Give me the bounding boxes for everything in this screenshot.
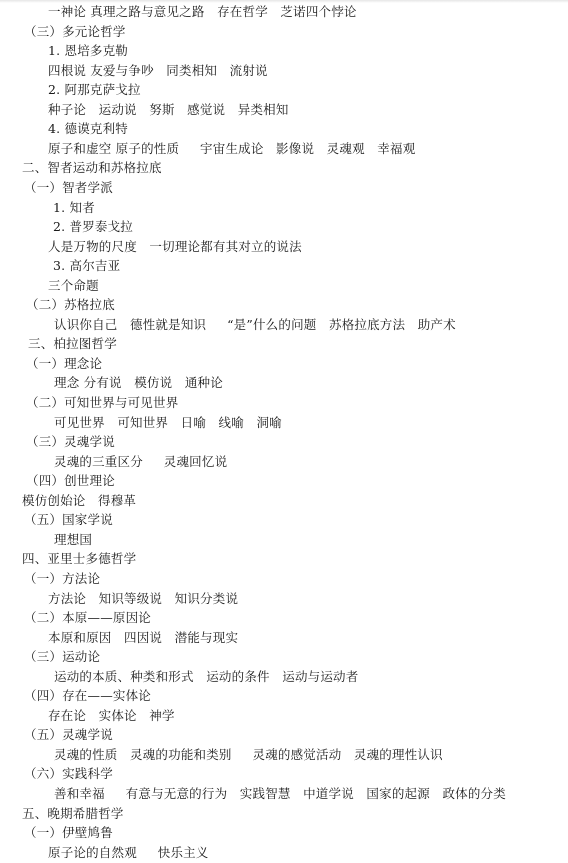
subsection-heading: 3. 高尔吉亚 <box>53 256 120 275</box>
text-line: 可见世界 可知世界 日喻 线喻 洞喻 <box>54 413 282 432</box>
section-heading: （四）存在——实体论 <box>24 686 151 705</box>
text-line: 存在论 实体论 神学 <box>48 706 175 725</box>
text-line: 原子论的自然观 快乐主义 <box>48 843 209 862</box>
chapter-heading: 五、晚期希腊哲学 <box>22 804 124 823</box>
text-line: 运动的本质、种类和形式 运动的条件 运动与运动者 <box>54 667 358 686</box>
section-heading: （一）智者学派 <box>24 178 113 197</box>
section-heading: （五）国家学说 <box>24 510 113 529</box>
text-line: 理念 分有说 模仿说 通种论 <box>54 373 223 392</box>
section-heading: （一）方法论 <box>24 569 100 588</box>
section-heading: （三）运动论 <box>24 647 100 666</box>
subsection-heading: 1. 恩培多克勒 <box>48 41 128 60</box>
section-heading: （一）伊壁鸠鲁 <box>24 823 113 842</box>
section-heading: （二）可知世界与可见世界 <box>26 393 178 412</box>
text-line: 方法论 知识等级说 知识分类说 <box>48 589 238 608</box>
text-line: 种子论 运动说 努斯 感觉说 异类相知 <box>48 100 289 119</box>
text-line: 理想国 <box>54 530 92 549</box>
text-line: 四根说 友爱与争吵 同类相知 流射说 <box>48 61 268 80</box>
subsection-heading: 2. 阿那克萨戈拉 <box>48 80 141 99</box>
chapter-heading: 二、智者运动和苏格拉底 <box>22 158 162 177</box>
subsection-heading: 4. 德谟克利特 <box>48 119 128 138</box>
text-line: 灵魂的性质 灵魂的功能和类别 灵魂的感觉活动 灵魂的理性认识 <box>54 745 443 764</box>
text-line: 原子和虚空 原子的性质 宇宙生成论 影像说 灵魂观 幸福观 <box>48 139 415 158</box>
text-line: 灵魂的三重区分 灵魂回忆说 <box>54 452 227 471</box>
text-line: 三个命题 <box>48 276 99 295</box>
section-heading: （一）理念论 <box>26 354 102 373</box>
section-heading: （四）创世理论 <box>26 471 115 490</box>
chapter-heading: 三、柏拉图哲学 <box>28 334 117 353</box>
section-heading: （二）苏格拉底 <box>26 295 115 314</box>
chapter-heading: 四、亚里士多德哲学 <box>22 549 136 568</box>
text-line: 模仿创始论 得穆革 <box>22 491 136 510</box>
subsection-heading: 1. 知者 <box>53 198 95 217</box>
section-heading: （五）灵魂学说 <box>24 725 113 744</box>
text-line: 人是万物的尺度 一切理论都有其对立的说法 <box>48 237 302 256</box>
section-heading: （三）多元论哲学 <box>24 22 126 41</box>
section-heading: （三）灵魂学说 <box>26 432 115 451</box>
text-line: 本原和原因 四因说 潜能与现实 <box>48 628 238 647</box>
subsection-heading: 2. 普罗泰戈拉 <box>53 217 133 236</box>
text-line: 一神论 真理之路与意见之路 存在哲学 芝诺四个悖论 <box>48 2 357 21</box>
section-heading: （六）实践科学 <box>24 764 113 783</box>
text-line: 善和幸福 有意与无意的行为 实践智慧 中道学说 国家的起源 政体的分类 <box>54 784 506 803</box>
text-line: 认识你自己 德性就是知识 “是”什么的问题 苏格拉底方法 助产术 <box>54 315 456 334</box>
section-heading: （二）本原——原因论 <box>24 608 151 627</box>
